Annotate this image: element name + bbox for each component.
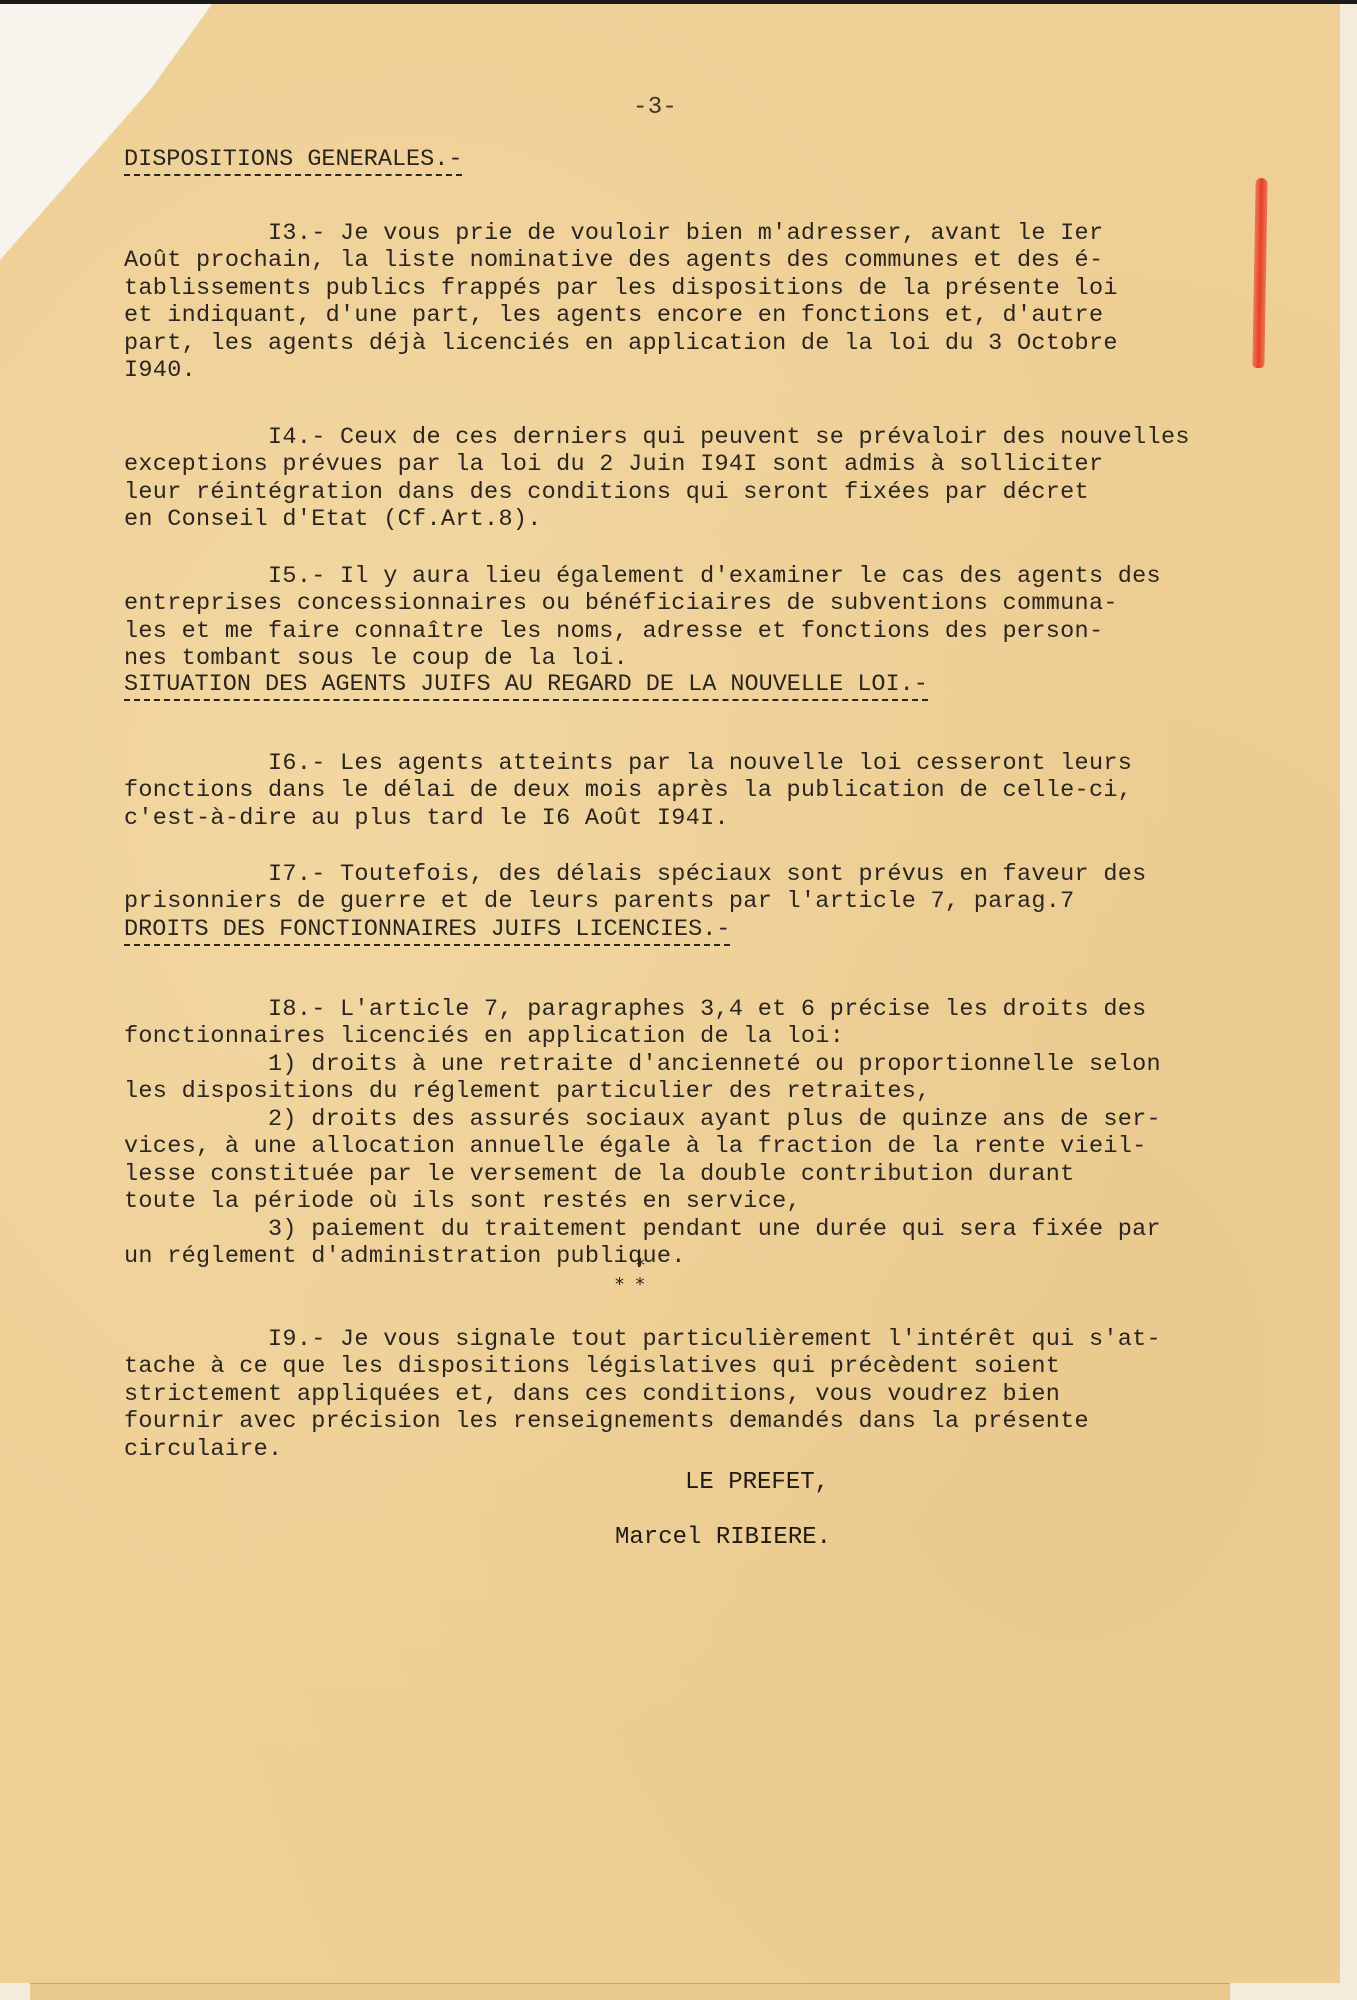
paragraph-line: I3.- Je vous prie de vouloir bien m'adre… xyxy=(124,220,1118,248)
paragraph-line: les dispositions du réglement particulie… xyxy=(124,1078,1161,1106)
paragraph-19: I9.- Je vous signale tout particulièreme… xyxy=(124,1298,1161,1491)
separator-asterisks-icon: * * xyxy=(615,1274,644,1295)
paragraph-line: tablissements publics frappés par les di… xyxy=(124,275,1118,303)
signature-name: Marcel RIBIERE. xyxy=(615,1524,831,1551)
paragraph-line: lesse constituée par le versement de la … xyxy=(124,1161,1161,1189)
paragraph-line: fonctionnaires licenciés en application … xyxy=(124,1023,1161,1051)
paragraph-line: fonctions dans le délai de deux mois apr… xyxy=(124,777,1132,805)
paragraph-line: en Conseil d'Etat (Cf.Art.8). xyxy=(124,506,1190,534)
paragraph-line: part, les agents déjà licenciés en appli… xyxy=(124,330,1118,358)
binding-edge xyxy=(0,0,1357,4)
paragraph-line: exceptions prévues par la loi du 2 Juin … xyxy=(124,451,1190,479)
paragraph-line: I7.- Toutefois, des délais spéciaux sont… xyxy=(124,861,1147,889)
paragraph-line: c'est-à-dire au plus tard le I6 Août I94… xyxy=(124,805,1132,833)
section-heading-droits-des-fonctionnaires: DROITS DES FONCTIONNAIRES JUIFS LICENCIE… xyxy=(124,916,730,946)
section-heading-dispositions-generales: DISPOSITIONS GENERALES.- xyxy=(124,146,462,176)
paragraph-line: I5.- Il y aura lieu également d'examiner… xyxy=(124,563,1161,591)
paragraph-line: et indiquant, d'une part, les agents enc… xyxy=(124,302,1118,330)
paragraph-line: nes tombant sous le coup de la loi. xyxy=(124,645,1161,673)
paragraph-line: circulaire. xyxy=(124,1436,1161,1464)
paragraph-line: 1) droits à une retraite d'ancienneté ou… xyxy=(124,1051,1161,1079)
signature-title: LE PREFET, xyxy=(685,1469,829,1496)
section-heading-situation-des-agents: SITUATION DES AGENTS JUIFS AU REGARD DE … xyxy=(124,671,928,701)
separator-asterisk-icon: * xyxy=(636,1255,645,1276)
paragraph-line: 2) droits des assurés sociaux ayant plus… xyxy=(124,1106,1161,1134)
paragraph-line: I4.- Ceux de ces derniers qui peuvent se… xyxy=(124,424,1190,452)
paragraph-13: I3.- Je vous prie de vouloir bien m'adre… xyxy=(124,192,1118,412)
paragraph-line: I6.- Les agents atteints par la nouvelle… xyxy=(124,750,1132,778)
paragraph-18: I8.- L'article 7, paragraphes 3,4 et 6 p… xyxy=(124,968,1161,1298)
paragraph-line: entreprises concessionnaires ou bénéfici… xyxy=(124,590,1161,618)
paragraph-line: prisonniers de guerre et de leurs parent… xyxy=(124,888,1147,916)
paragraph-line: les et me faire connaître les noms, adre… xyxy=(124,618,1161,646)
paragraph-line: vices, à une allocation annuelle égale à… xyxy=(124,1133,1161,1161)
paragraph-line: tache à ce que les dispositions législat… xyxy=(124,1353,1161,1381)
paragraph-line: Août prochain, la liste nominative des a… xyxy=(124,247,1118,275)
underlying-page-edge xyxy=(30,1983,1230,2000)
paragraph-line: I940. xyxy=(124,357,1118,385)
paragraph-line: strictement appliquées et, dans ces cond… xyxy=(124,1381,1161,1409)
paragraph-line: toute la période où ils sont restés en s… xyxy=(124,1188,1161,1216)
paragraph-line: I9.- Je vous signale tout particulièreme… xyxy=(124,1326,1161,1354)
paragraph-line: fournir avec précision les renseignement… xyxy=(124,1408,1161,1436)
page-number: -3- xyxy=(633,94,677,122)
paragraph-line: leur réintégration dans des conditions q… xyxy=(124,479,1190,507)
paragraph-line: 3) paiement du traitement pendant une du… xyxy=(124,1216,1161,1244)
paragraph-line: I8.- L'article 7, paragraphes 3,4 et 6 p… xyxy=(124,996,1161,1024)
